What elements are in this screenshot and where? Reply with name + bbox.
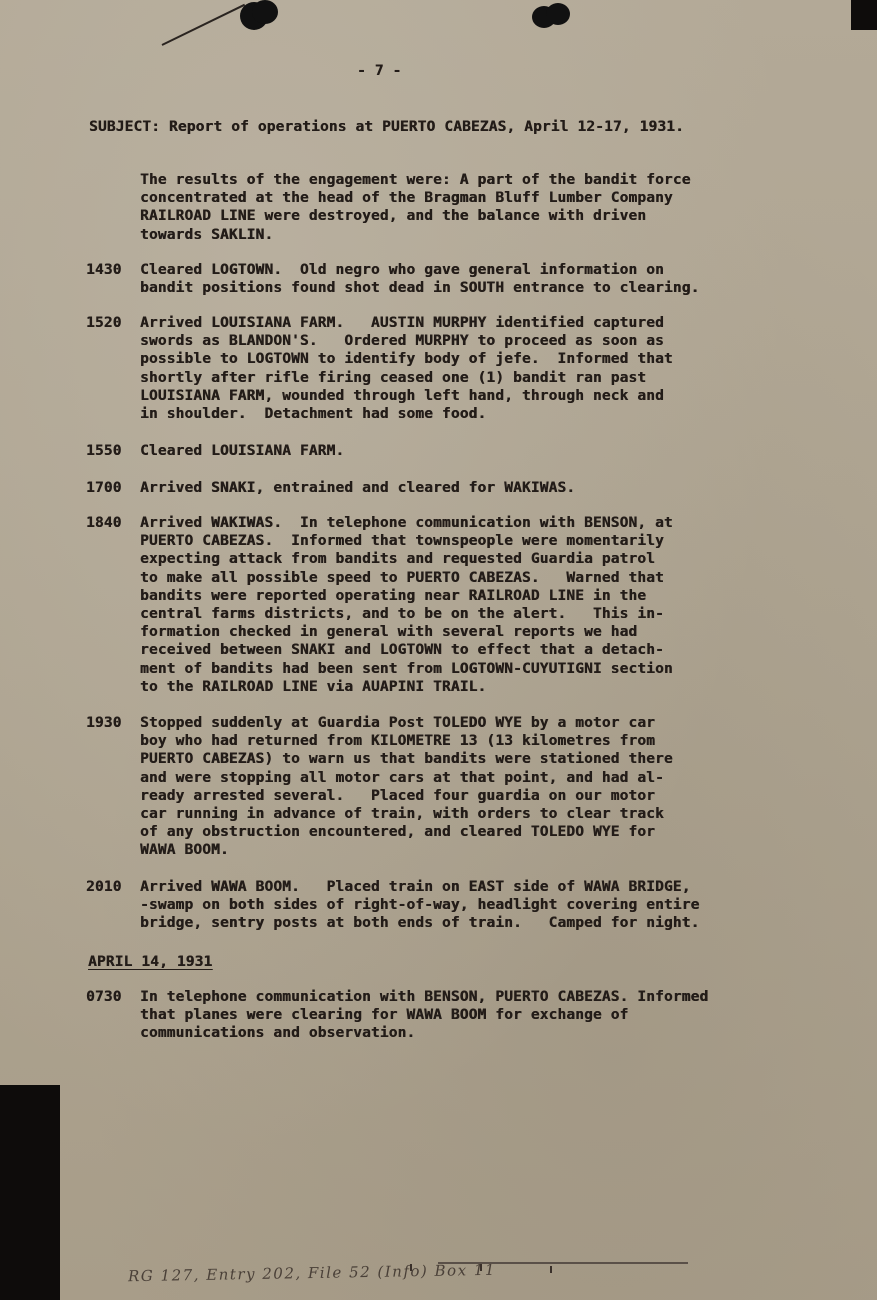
intro-paragraph: The results of the engagement were: A pa… [140,171,691,244]
entry-time: 0730 [86,988,122,1006]
date-heading: APRIL 14, 1931 [88,953,212,971]
punch-hole-left-b [252,0,278,24]
pencil-tick [480,1264,482,1271]
pencil-tick [550,1266,552,1273]
entry-text: Cleared LOUISIANA FARM. [140,442,344,460]
entry-time: 1550 [86,442,122,460]
document-page: - 7 - SUBJECT: Report of operations at P… [0,0,877,1300]
entry-text: Cleared LOGTOWN. Old negro who gave gene… [140,261,699,297]
entry-text: Arrived LOUISIANA FARM. AUSTIN MURPHY id… [140,314,673,423]
subject-line: SUBJECT: Report of operations at PUERTO … [89,118,684,136]
entry-time: 1930 [86,714,122,732]
entry-time: 1520 [86,314,122,332]
entry-time: 2010 [86,878,122,896]
entry-time: 1700 [86,479,122,497]
punch-hole-right-b [546,3,570,25]
page-number: - 7 - [357,62,401,80]
entry-text: Arrived SNAKI, entrained and cleared for… [140,479,575,497]
entry-time: 1430 [86,261,122,279]
edge-block-bottom-left [0,1085,60,1300]
pencil-line [438,1262,688,1264]
pencil-tick [410,1264,412,1271]
entry-time: 1840 [86,514,122,532]
entry-text: In telephone communication with BENSON, … [140,988,708,1043]
pencil-mark [162,4,246,46]
entry-text: Arrived WAWA BOOM. Placed train on EAST … [140,878,699,933]
handwritten-archive-note: RG 127, Entry 202, File 52 (Info) Box 11 [128,1261,496,1285]
entry-text: Arrived WAKIWAS. In telephone communicat… [140,514,673,696]
entry-text: Stopped suddenly at Guardia Post TOLEDO … [140,714,673,860]
corner-block-top-right [851,0,877,30]
